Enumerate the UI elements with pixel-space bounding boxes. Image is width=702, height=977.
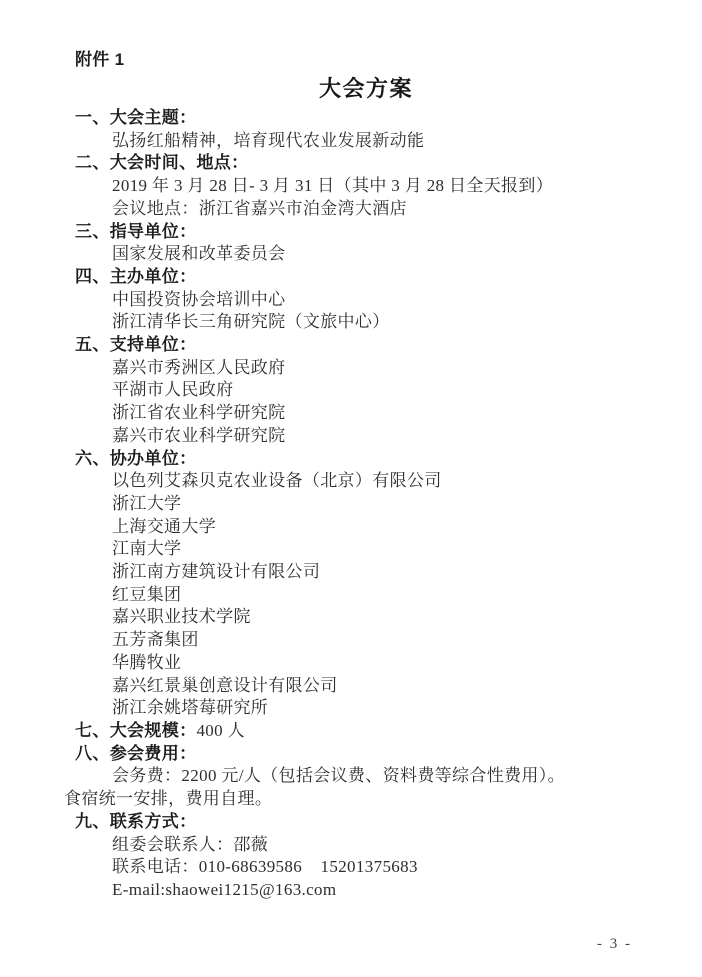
section-line: 嘉兴红景巢创意设计有限公司 xyxy=(112,675,657,698)
section: 九、联系方式： 组委会联系人：邵薇联系电话：010-68639586 15201… xyxy=(75,811,657,902)
document-content: 附件 1 大会方案 一、大会主题： 弘扬红船精神，培育现代农业发展新动能 二、大… xyxy=(75,48,657,902)
section: 一、大会主题： 弘扬红船精神，培育现代农业发展新动能 xyxy=(75,107,657,152)
section: 六、协办单位： 以色列艾森贝克农业设备（北京）有限公司浙江大学上海交通大学江南大… xyxy=(75,448,657,720)
section-line: 浙江南方建筑设计有限公司 xyxy=(112,561,657,584)
section-line: 平湖市人民政府 xyxy=(112,379,657,402)
section-title: 支持单位： xyxy=(110,335,197,354)
section: 三、指导单位： 国家发展和改革委员会 xyxy=(75,221,657,266)
section-number: 八、 xyxy=(75,744,110,763)
document-page: 附件 1 大会方案 一、大会主题： 弘扬红船精神，培育现代农业发展新动能 二、大… xyxy=(0,0,702,977)
section-title: 指导单位： xyxy=(110,222,197,241)
section-body: 嘉兴市秀洲区人民政府平湖市人民政府浙江省农业科学研究院嘉兴市农业科学研究院 xyxy=(75,357,657,448)
section-body: 弘扬红船精神，培育现代农业发展新动能 xyxy=(75,130,657,153)
section-heading: 七、大会规模：400 人 xyxy=(75,720,657,743)
section-title: 主办单位： xyxy=(110,267,197,286)
section-line: 华腾牧业 xyxy=(112,652,657,675)
section-line: 江南大学 xyxy=(112,538,657,561)
section: 七、大会规模：400 人 xyxy=(75,720,657,743)
section-line: 会务费：2200 元/人（包括会议费、资料费等综合性费用）。 xyxy=(112,765,657,788)
section-body: 以色列艾森贝克农业设备（北京）有限公司浙江大学上海交通大学江南大学浙江南方建筑设… xyxy=(75,470,657,720)
section-heading-suffix: 400 人 xyxy=(196,721,245,740)
page-number: - 3 - xyxy=(597,936,632,953)
section-line: 浙江大学 xyxy=(112,493,657,516)
section-number: 一、 xyxy=(75,108,110,127)
section: 八、参会费用： 会务费：2200 元/人（包括会议费、资料费等综合性费用）。食宿… xyxy=(75,743,657,811)
section: 二、大会时间、地点： 2019 年 3 月 28 日- 3 月 31 日（其中 … xyxy=(75,152,657,220)
section-heading: 八、参会费用： xyxy=(75,743,657,766)
section-title: 协办单位： xyxy=(110,449,197,468)
section-line: 食宿统一安排，费用自理。 xyxy=(64,788,657,811)
section-heading: 四、主办单位： xyxy=(75,266,657,289)
section-line: 嘉兴市农业科学研究院 xyxy=(112,425,657,448)
section-line: 以色列艾森贝克农业设备（北京）有限公司 xyxy=(112,470,657,493)
section-body: 2019 年 3 月 28 日- 3 月 31 日（其中 3 月 28 日全天报… xyxy=(75,175,657,220)
section-number: 四、 xyxy=(75,267,110,286)
section-body: 组委会联系人：邵薇联系电话：010-68639586 15201375683E-… xyxy=(75,834,657,902)
section-title: 大会主题： xyxy=(110,108,197,127)
section-line: 组委会联系人：邵薇 xyxy=(112,834,657,857)
section-line: 浙江余姚塔莓研究所 xyxy=(112,697,657,720)
section-body: 国家发展和改革委员会 xyxy=(75,243,657,266)
section-line: 会议地点：浙江省嘉兴市泊金湾大酒店 xyxy=(112,198,657,221)
page-title: 大会方案 xyxy=(75,76,657,102)
section-number: 七、 xyxy=(75,721,110,740)
section-line: 弘扬红船精神，培育现代农业发展新动能 xyxy=(112,130,657,153)
section-line: E-mail:shaowei1215@163.com xyxy=(112,879,657,902)
section-title: 联系方式： xyxy=(110,812,197,831)
section-number: 五、 xyxy=(75,335,110,354)
section-number: 九、 xyxy=(75,812,110,831)
section-title: 参会费用： xyxy=(110,744,197,763)
section-line: 中国投资协会培训中心 xyxy=(112,289,657,312)
section-title: 大会规模： xyxy=(110,721,197,740)
section-body: 会务费：2200 元/人（包括会议费、资料费等综合性费用）。食宿统一安排，费用自… xyxy=(75,765,657,810)
section: 四、主办单位： 中国投资协会培训中心浙江清华长三角研究院（文旅中心） xyxy=(75,266,657,334)
section-heading: 一、大会主题： xyxy=(75,107,657,130)
section-heading: 三、指导单位： xyxy=(75,221,657,244)
sections-container: 一、大会主题： 弘扬红船精神，培育现代农业发展新动能 二、大会时间、地点： 20… xyxy=(75,107,657,902)
section-number: 三、 xyxy=(75,222,110,241)
section-line: 国家发展和改革委员会 xyxy=(112,243,657,266)
section-line: 嘉兴职业技术学院 xyxy=(112,606,657,629)
section-line: 浙江省农业科学研究院 xyxy=(112,402,657,425)
section-number: 六、 xyxy=(75,449,110,468)
section-line: 浙江清华长三角研究院（文旅中心） xyxy=(112,311,657,334)
section-heading: 六、协办单位： xyxy=(75,448,657,471)
section-line: 嘉兴市秀洲区人民政府 xyxy=(112,357,657,380)
section-line: 联系电话：010-68639586 15201375683 xyxy=(112,856,657,879)
section: 五、支持单位： 嘉兴市秀洲区人民政府平湖市人民政府浙江省农业科学研究院嘉兴市农业… xyxy=(75,334,657,448)
section-body: 中国投资协会培训中心浙江清华长三角研究院（文旅中心） xyxy=(75,289,657,334)
section-line: 上海交通大学 xyxy=(112,516,657,539)
section-heading: 九、联系方式： xyxy=(75,811,657,834)
section-line: 红豆集团 xyxy=(112,584,657,607)
section-title: 大会时间、地点： xyxy=(110,153,249,172)
section-line: 五芳斋集团 xyxy=(112,629,657,652)
section-line: 2019 年 3 月 28 日- 3 月 31 日（其中 3 月 28 日全天报… xyxy=(112,175,657,198)
section-number: 二、 xyxy=(75,153,110,172)
attachment-label: 附件 1 xyxy=(75,48,657,72)
section-heading: 二、大会时间、地点： xyxy=(75,152,657,175)
section-heading: 五、支持单位： xyxy=(75,334,657,357)
